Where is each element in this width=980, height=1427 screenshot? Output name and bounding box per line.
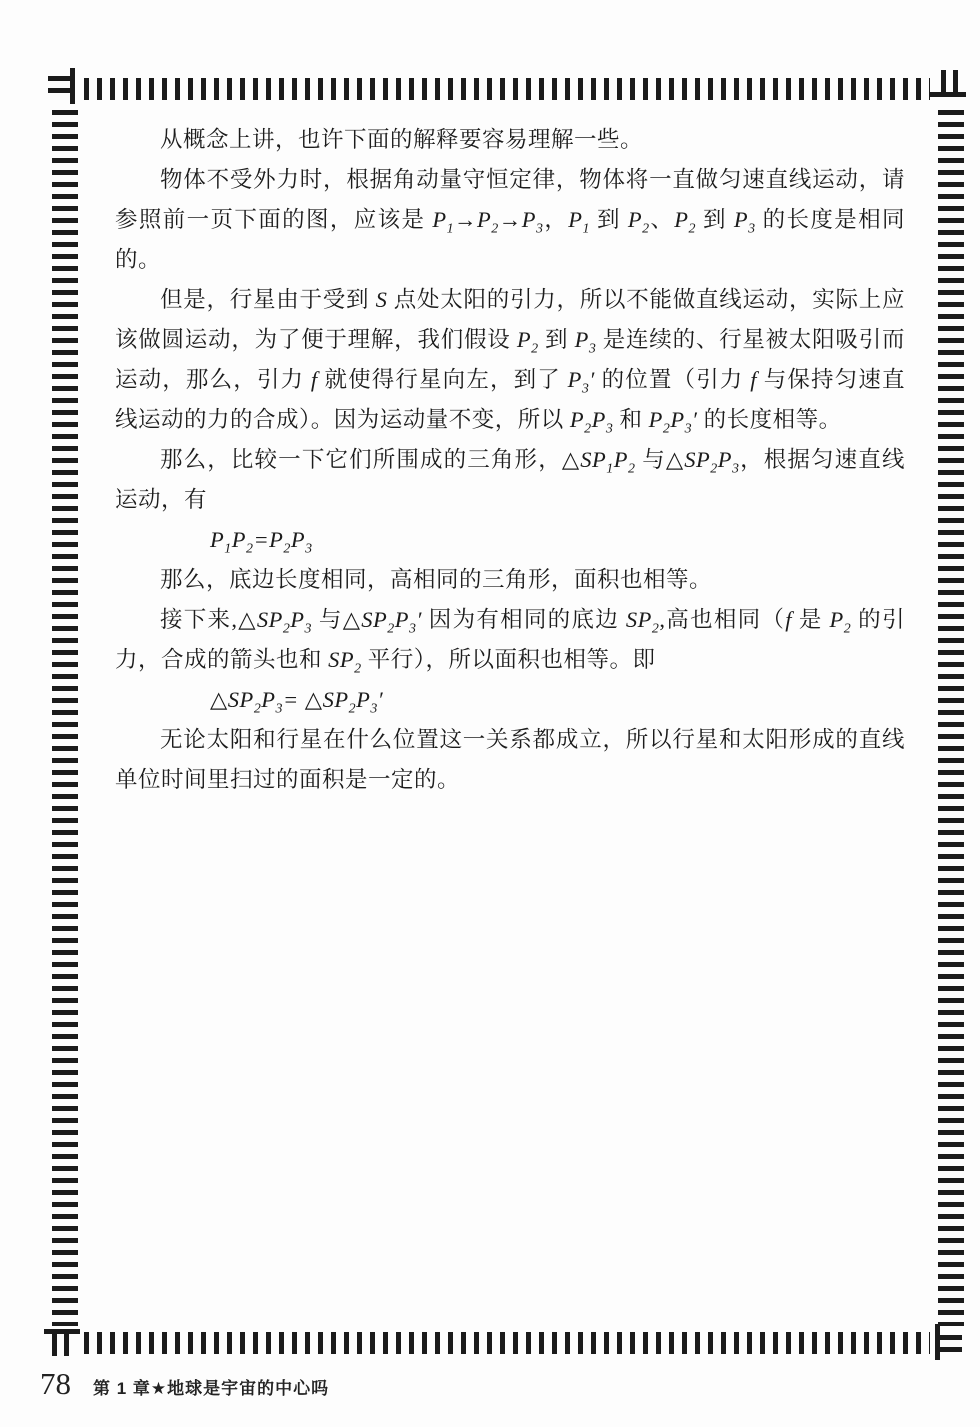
text-run: 因为有相同的底边 — [422, 607, 626, 632]
frame-edge-left — [52, 110, 78, 1326]
text-run: 平行），所以面积也相等。即 — [362, 647, 656, 672]
text-run: 的长度相等。 — [697, 407, 841, 432]
math-expression: P2 — [830, 607, 852, 632]
page-number: 78 — [40, 1366, 71, 1402]
text-run: 与 — [635, 447, 665, 472]
math-expression: P3 — [575, 327, 597, 352]
text-run: 接下来, — [160, 607, 237, 632]
math-expression: f — [750, 367, 757, 392]
paragraph: 无论太阳和行星在什么位置这一关系都成立，所以行星和太阳形成的直线单位时间里扫过的… — [115, 720, 905, 800]
text-run: 就使得行星向左，到了 — [318, 367, 568, 392]
text-run: 从概念上讲，也许下面的解释要容易理解一些。 — [160, 127, 643, 152]
math-expression: P1P2=P2P3 — [210, 527, 313, 552]
math-expression: S — [376, 287, 388, 312]
frame-corner-top-left — [48, 68, 76, 104]
formula-line: P1P2=P2P3 — [115, 520, 905, 560]
text-run: 那么，底边长度相同，高相同的三角形，面积也相等。 — [160, 567, 712, 592]
frame-corner-top-right — [930, 70, 966, 98]
math-expression: f — [785, 607, 792, 632]
paragraph: 物体不受外力时，根据角动量守恒定律，物体将一直做匀速直线运动，请参照前一页下面的… — [115, 160, 905, 280]
math-expression: △SP2P3= △SP2P3′ — [210, 687, 383, 712]
math-expression: SP2 — [328, 647, 361, 672]
text-run: 的位置（引力 — [595, 367, 750, 392]
math-expression: P3 — [734, 207, 756, 232]
text-run: 但是，行星由于受到 — [160, 287, 376, 312]
math-expression: P2 — [628, 207, 650, 232]
math-expression: P1→P2→P3 — [432, 207, 543, 232]
math-expression: P3′ — [568, 367, 595, 392]
paragraph: 那么，底边长度相同，高相同的三角形，面积也相等。 — [115, 560, 905, 600]
text-run: 到 — [539, 327, 575, 352]
text-body: 从概念上讲，也许下面的解释要容易理解一些。物体不受外力时，根据角动量守恒定律，物… — [115, 120, 905, 800]
frame-edge-bottom — [84, 1332, 930, 1354]
text-run: 是 — [792, 607, 830, 632]
math-expression: P2 — [674, 207, 696, 232]
math-expression: △SP2P3 — [666, 447, 740, 472]
text-run: ,高也相同（ — [659, 607, 785, 632]
paragraph: 但是，行星由于受到 S 点处太阳的引力，所以不能做直线运动，实际上应该做圆运动，… — [115, 280, 905, 440]
paragraph: 从概念上讲，也许下面的解释要容易理解一些。 — [115, 120, 905, 160]
text-run: 到 — [696, 207, 734, 232]
math-expression: P2 — [517, 327, 539, 352]
text-run: 、 — [650, 207, 675, 232]
math-expression: △SP2P3′ — [343, 607, 422, 632]
page-footer: 78 第 1 章★地球是宇宙的中心吗 — [40, 1366, 940, 1402]
frame-corner-bottom-left — [44, 1328, 80, 1356]
frame-edge-top — [84, 78, 930, 100]
math-expression: f — [311, 367, 318, 392]
math-expression: SP2 — [626, 607, 659, 632]
math-expression: △SP2P3 — [237, 607, 312, 632]
frame-edge-right — [938, 110, 964, 1326]
paragraph: 那么，比较一下它们所围成的三角形，△SP1P2 与△SP2P3，根据匀速直线运动… — [115, 440, 905, 520]
text-run: ， — [543, 207, 568, 232]
text-run: 和 — [613, 407, 648, 432]
text-run: 到 — [590, 207, 628, 232]
text-run: 无论太阳和行星在什么位置这一关系都成立，所以行星和太阳形成的直线单位时间里扫过的… — [115, 727, 905, 792]
text-run: 那么，比较一下它们所围成的三角形， — [160, 447, 562, 472]
math-expression: P1 — [568, 207, 590, 232]
chapter-title: 第 1 章★地球是宇宙的中心吗 — [93, 1374, 329, 1399]
text-run: 与 — [312, 607, 343, 632]
math-expression: P2P3 — [570, 407, 613, 432]
math-expression: P2P3′ — [649, 407, 698, 432]
frame-corner-bottom-right — [934, 1324, 962, 1360]
formula-line: △SP2P3= △SP2P3′ — [115, 680, 905, 720]
math-expression: △SP1P2 — [562, 447, 636, 472]
paragraph: 接下来,△SP2P3 与△SP2P3′ 因为有相同的底边 SP2,高也相同（f … — [115, 600, 905, 680]
